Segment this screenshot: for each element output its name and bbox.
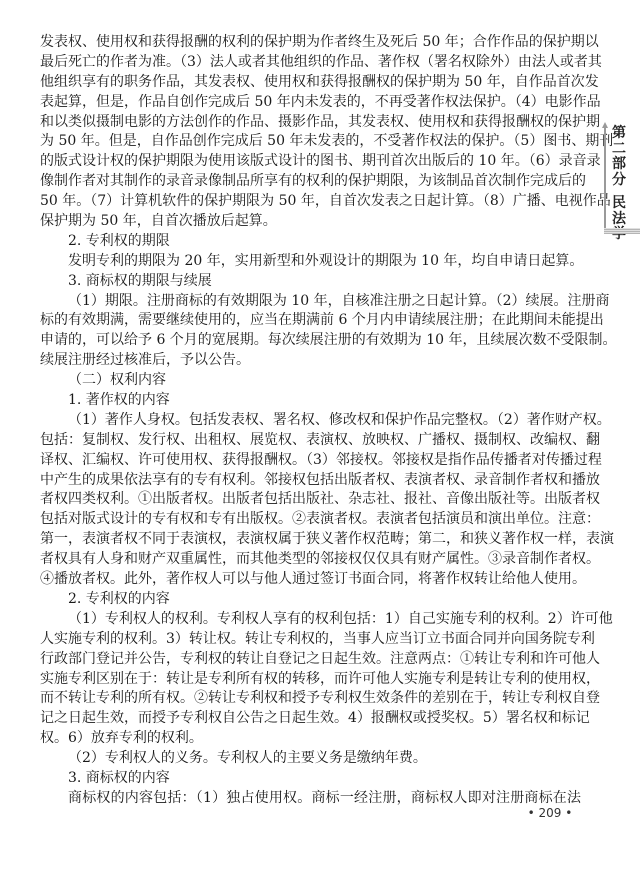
chapter-side-tab: 第二部分 民法学 xyxy=(604,122,640,234)
text-line: 实施专利区别在于：转让是专利所有权的转移，而许可他人实施专利是转让专利的使用权， xyxy=(40,670,581,690)
side-tab-band xyxy=(604,228,640,234)
section-heading-trademark-content: 3. 商标权的内容 xyxy=(40,769,581,789)
text-line: ④播放者权。此外，著作权人可以与他人通过签订书面合同，将著作权转让给他人使用。 xyxy=(40,570,581,590)
text-line: 行政部门登记并公告，专利权的转让自登记之日起生效。注意两点：①转让专利和许可他人 xyxy=(40,650,581,670)
text-line: 他组织享有的职务作品，其发表权、使用权和获得报酬权的保护期为 50 年，自作品首… xyxy=(40,73,581,93)
text-line: （2）专利权人的义务。专利权人的主要义务是缴纳年费。 xyxy=(40,749,581,769)
side-tab-subject: 民法学 xyxy=(612,195,626,242)
page-number: • 209 • xyxy=(520,806,580,820)
text-line: 而不转让专利的所有权。②转让专利权和授予专利权生效条件的差别在于，转让专利权自登 xyxy=(40,689,581,709)
text-line: 译权、汇编权、许可使用权、获得报酬权。（3）邻接权。邻接权是指作品传播者对传播过… xyxy=(40,451,581,471)
text-line: 人实施专利的权利。3）转让权。转让专利权的，当事人应当订立书面合同并向国务院专利 xyxy=(40,630,581,650)
text-line: 续展注册经过核准后，予以公告。 xyxy=(40,351,581,371)
section-heading-trademark-term: 3. 商标权的期限与续展 xyxy=(40,272,581,292)
section-heading-patent-content: 2. 专利权的内容 xyxy=(40,590,581,610)
text-line: 标的有效期满，需要继续使用的，应当在期满前 6 个月内申请续展注册；在此期间未能… xyxy=(40,311,581,331)
side-tab-label: 第二部分 民法学 xyxy=(612,126,628,243)
text-line: 中产生的成果依法享有的专有权利。邻接权包括出版者权、表演者权、录音制作者权和播放 xyxy=(40,471,581,491)
text-line: 的版式设计权的保护期限为使用该版式设计的图书、期刊首次出版后的 10 年。（6）… xyxy=(40,152,581,172)
text-line: 包括：复制权、发行权、出租权、展览权、表演权、放映权、广播权、摄制权、改编权、翻 xyxy=(40,431,581,451)
text-line: 发明专利的期限为 20 年，实用新型和外观设计的期限为 10 年，均自申请日起算… xyxy=(40,252,581,272)
text-line: 第一，表演者权不同于表演权，表演权属于狭义著作权范畴；第二，和狭义著作权一样，表… xyxy=(40,530,581,550)
text-line: 权。6）放弃专利的权利。 xyxy=(40,729,581,749)
page-body: 发表权、使用权和获得报酬的权利的保护期为作者终生及死后 50 年；合作作品的保护… xyxy=(40,33,581,809)
text-line: （1）专利权人的权利。专利权人享有的权利包括：1）自己实施专利的权利。2）许可他 xyxy=(40,610,581,630)
text-line: 包括对版式设计的专有权和专有出版权。②表演者权。表演者包括演员和演出单位。注意： xyxy=(40,510,581,530)
text-line: 者权具有人身和财产双重属性，而其他类型的邻接权仅仅具有财产属性。③录音制作者权。 xyxy=(40,550,581,570)
text-line: 记之日起生效，而授予专利权自公告之日起生效。4）报酬权或授奖权。5）署名权和标记 xyxy=(40,709,581,729)
text-line: （1）期限。注册商标的有效期限为 10 年，自核准注册之日起计算。（2）续展。注… xyxy=(40,292,581,312)
text-line: 保护期为 50 年，自首次播放后起算。 xyxy=(40,212,581,232)
text-line: 申请的，可以给予 6 个月的宽展期。每次续展注册的有效期为 10 年，且续展次数… xyxy=(40,331,581,351)
text-line: 者权四类权利。①出版者权。出版者包括出版社、杂志社、报社、音像出版社等。出版者权 xyxy=(40,490,581,510)
section-heading-patent-term: 2. 专利权的期限 xyxy=(40,232,581,252)
section-heading-copyright-content: 1. 著作权的内容 xyxy=(40,391,581,411)
side-tab-rule xyxy=(604,126,606,232)
side-tab-part: 第二部分 xyxy=(612,125,626,188)
text-line: 最后死亡的作者为准。（3）法人或者其他组织的作品、著作权（署名权除外）由法人或者… xyxy=(40,53,581,73)
text-line: 50 年。（7）计算机软件的保护期限为 50 年，自首次发表之日起计算。（8）广… xyxy=(40,192,581,212)
section-heading-rights-content: （二）权利内容 xyxy=(40,371,581,391)
text-line: 像制作者对其制作的录音录像制品所享有的权利的保护期限，为该制品首次制作完成后的 xyxy=(40,172,581,192)
text-line: （1）著作人身权。包括发表权、署名权、修改权和保护作品完整权。（2）著作财产权。 xyxy=(40,411,581,431)
text-line: 为 50 年。但是，自作品创作完成后 50 年未发表的，不受著作权法的保护。（5… xyxy=(40,132,581,152)
text-line: 发表权、使用权和获得报酬的权利的保护期为作者终生及死后 50 年；合作作品的保护… xyxy=(40,33,581,53)
text-line: 表起算，但是，作品自创作完成后 50 年内未发表的，不再受著作权法保护。（4）电… xyxy=(40,93,581,113)
text-line: 商标权的内容包括：（1）独占使用权。商标一经注册，商标权人即对注册商标在法 xyxy=(40,789,581,809)
text-line: 和以类似摄制电影的方法创作的作品、摄影作品，其发表权、使用权和获得报酬权的保护期 xyxy=(40,113,581,133)
